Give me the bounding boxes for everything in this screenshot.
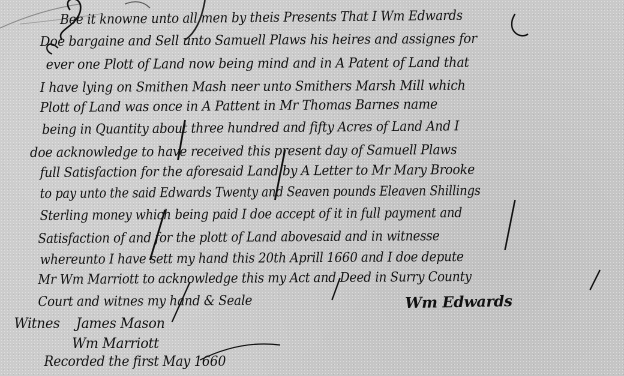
witness-1: James Mason [76, 316, 165, 332]
manuscript-page: Bee it knowne unto all men by theis Pres… [0, 0, 624, 376]
deed-line-9: to pay unto the said Edwards Twenty and … [40, 183, 481, 202]
witness-2: Wm Marriott [72, 336, 159, 352]
deed-line-5: Plott of Land was once in A Pattent in M… [40, 97, 438, 116]
deed-line-13: Mr Wm Marriott to acknowledge this my Ac… [38, 269, 472, 288]
deed-line-14: Court and witnes my hand & Seale [38, 293, 252, 310]
deed-line-8: full Satisfaction for the aforesaid Land… [40, 162, 475, 181]
deed-line-1: Bee it knowne unto all men by theis Pres… [60, 8, 463, 28]
witness-label: Witnes [14, 316, 60, 332]
deed-line-3: ever one Plott of Land now being mind an… [46, 55, 469, 73]
deed-line-6: being in Quantity about three hundred an… [42, 118, 459, 138]
deed-line-4: I have lying on Smithen Mash neer unto S… [40, 78, 466, 96]
deed-line-10: Sterling money which being paid I doe ac… [40, 205, 462, 224]
deed-line-2: Doe bargaine and Sell unto Samuell Plaws… [40, 31, 477, 50]
recorded-note: Recorded the first May 1660 [44, 354, 226, 370]
deed-line-11: Satisfaction of and for the plott of Lan… [38, 228, 440, 247]
grantor-signature: Wm Edwards [405, 292, 513, 312]
deed-line-12: whereunto I have sett my hand this 20th … [40, 249, 464, 268]
deed-line-7: doe acknowledge to have received this pr… [30, 142, 457, 161]
